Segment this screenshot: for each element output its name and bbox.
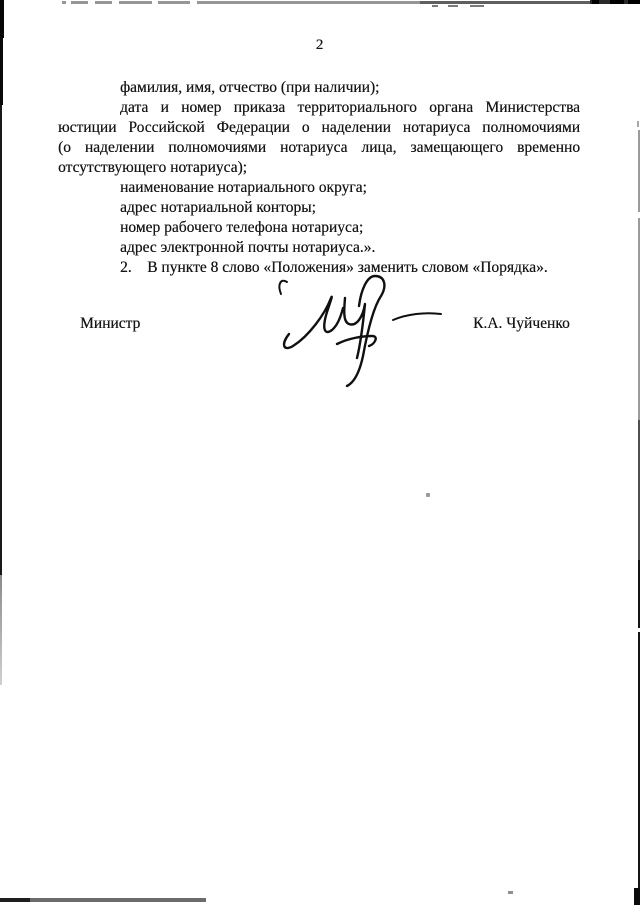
scan-mark (592, 0, 599, 4)
body-text: фамилия, имя, отчество (при наличии); да… (58, 78, 580, 278)
document-page: 2 фамилия, имя, отчество (при наличии); … (0, 0, 640, 905)
scan-speck (470, 5, 484, 7)
scan-speck (448, 5, 458, 7)
scan-edge-top-dark (420, 1, 590, 4)
scan-edge-bottom (30, 898, 206, 902)
scan-gap (190, 0, 197, 5)
scan-mark (628, 0, 640, 4)
handwritten-signature (275, 272, 447, 390)
text-line: наименование нотариального округа; (58, 178, 580, 198)
scan-speck-dot (426, 493, 430, 497)
scan-edge-left-bar (0, 0, 4, 38)
scan-gap (112, 0, 119, 5)
text-line: адрес электронной почты нотариуса.». (58, 238, 580, 258)
scan-gap (88, 0, 95, 5)
text-line: адрес нотариальной конторы; (58, 198, 580, 218)
text-line: отсутствующего нотариуса); (58, 158, 580, 178)
scan-edge-bottom (0, 898, 30, 902)
scan-mark (610, 0, 624, 4)
scan-gap (66, 0, 71, 5)
scan-edge-right-dash (637, 121, 639, 127)
page-number: 2 (0, 35, 640, 55)
scan-speck (508, 891, 513, 894)
scan-edge-right-corner (634, 888, 640, 905)
minister-title: Министр (80, 314, 140, 334)
scan-gap (152, 0, 158, 5)
text-line: (о наделении полномочиями нотариуса лица… (58, 138, 580, 158)
text-line: дата и номер приказа территориального ор… (58, 98, 580, 118)
text-line: фамилия, имя, отчество (при наличии); (58, 78, 580, 98)
scan-edge-left-fade (0, 575, 2, 685)
text-line: номер рабочего телефона нотариуса; (58, 218, 580, 238)
signer-name: К.А. Чуйченко (473, 314, 570, 334)
text-line: юстиции Российской Федерации о наделении… (58, 118, 580, 138)
scan-speck (432, 5, 438, 7)
scan-edge-left-line (0, 105, 2, 575)
scan-edge-left-bar (0, 38, 3, 105)
